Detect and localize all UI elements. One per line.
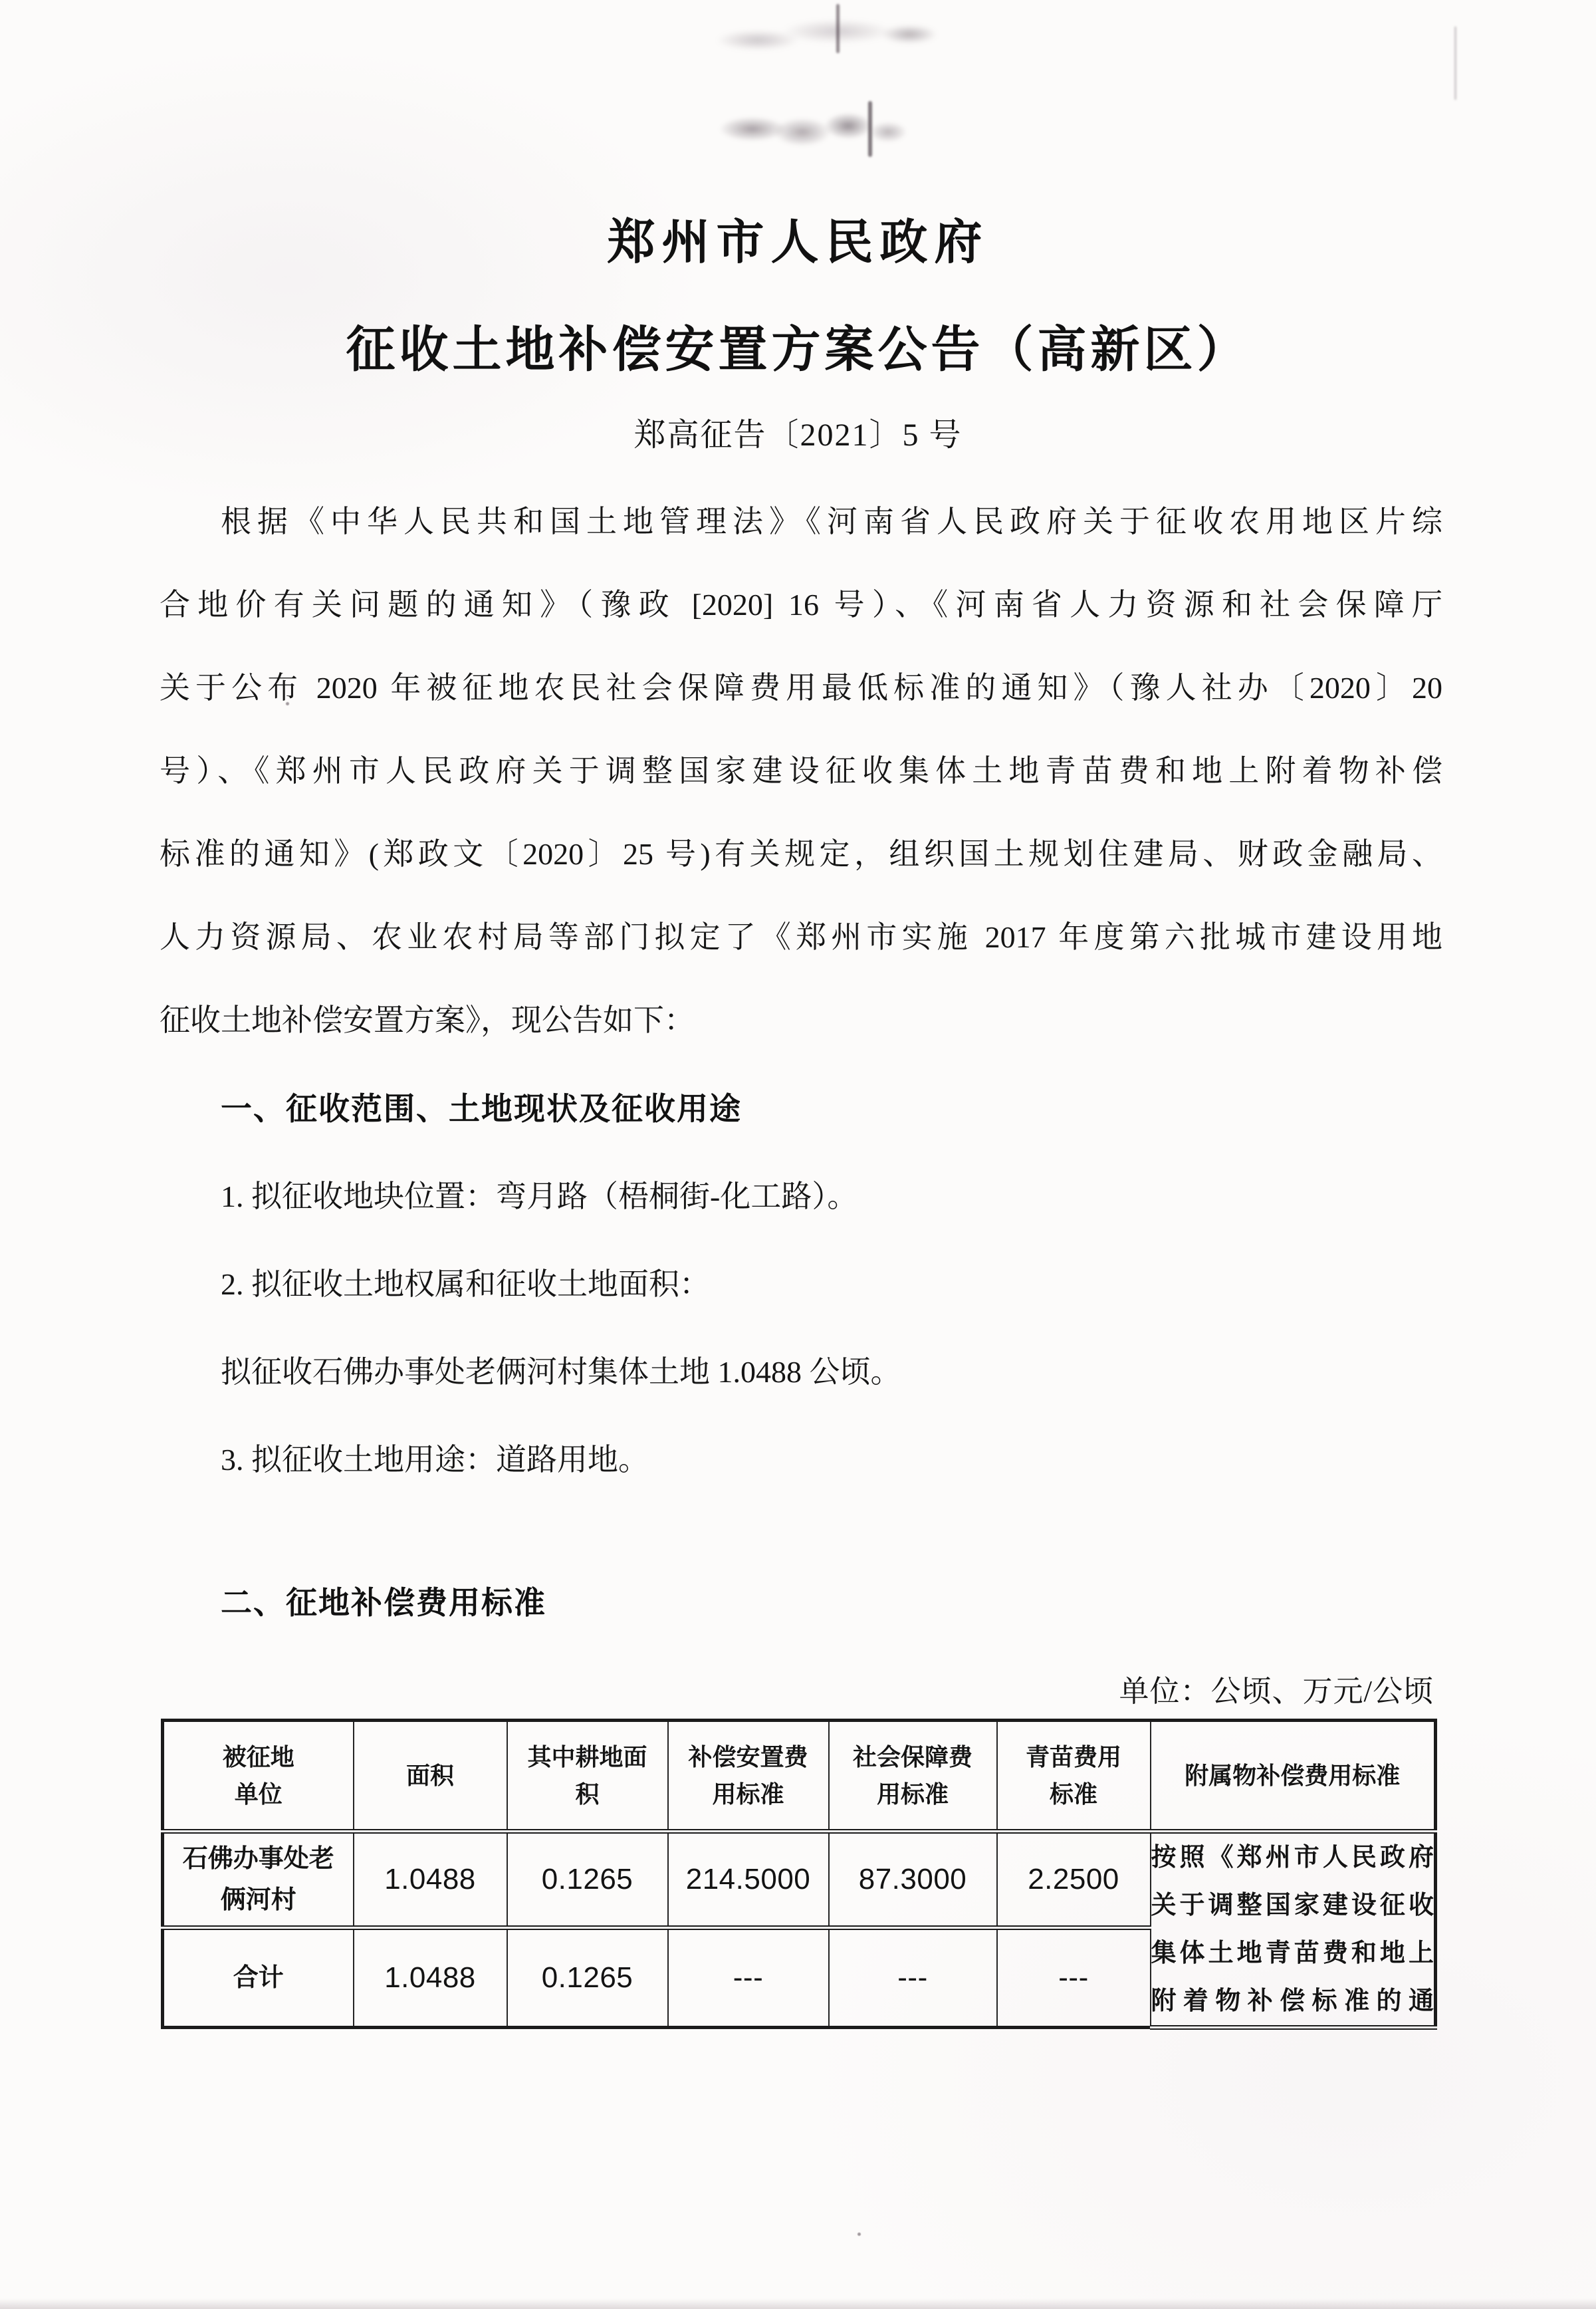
table-header-row: 被征地 单位 面积 其中耕地面 积 补偿安置费 用标准 社会保障费 用标准 — [163, 1721, 1436, 1832]
header-farmland-area: 其中耕地面 积 — [507, 1721, 668, 1832]
header-seedling-fee: 青苗费用 标准 — [997, 1721, 1151, 1832]
cell-resettlement-fee: --- — [668, 1928, 829, 2028]
section1-item1: 1. 拟征收地块位置：弯月路（梧桐街-化工路）。 — [221, 1173, 1444, 1221]
table-unit-note: 单位：公顷、万元/公顷 — [1119, 1667, 1434, 1715]
section1-item2: 2. 拟征收土地权属和征收土地面积： — [221, 1261, 1444, 1308]
cell-area: 1.0488 — [354, 1832, 507, 1928]
scan-edge-streak — [1454, 27, 1456, 100]
scan-smudge-dark — [713, 98, 912, 160]
header-attachment-fee: 附属物补偿费用标准 — [1151, 1721, 1436, 1832]
cell-farmland-area: 0.1265 — [507, 1832, 668, 1928]
scan-ink-streak — [868, 101, 872, 157]
header-unit: 被征地 单位 — [163, 1721, 354, 1832]
compensation-table: 被征地 单位 面积 其中耕地面 积 补偿安置费 用标准 社会保障费 用标准 — [161, 1719, 1437, 2030]
body-line: 标准的通知》(郑政文〔2020〕25 号)有关规定，组织国土规划住建局、财政金融… — [160, 830, 1442, 878]
cell-farmland-area: 0.1265 — [507, 1928, 668, 2028]
body-line: 合地价有关问题的通知》（豫政 [2020] 16 号）、《河南省人力资源和社会保… — [160, 581, 1442, 629]
scan-smudge-top — [691, 8, 957, 66]
body-line: 人力资源局、农业农村局等部门拟定了《郑州市实施 2017 年度第六批城市建设用地 — [160, 913, 1442, 961]
section1-item2-detail: 拟征收石佛办事处老俩河村集体土地 1.0488 公顷。 — [221, 1348, 1444, 1396]
scan-ink-streak — [836, 4, 840, 53]
cell-social-security-fee: --- — [829, 1928, 997, 2028]
cell-resettlement-fee: 214.5000 — [668, 1832, 829, 1928]
body-line: 关于公布 2020 年被征地农民社会保障费用最低标准的通知》（豫人社办〔2020… — [160, 664, 1442, 712]
cell-attachment-note: 按照《郑州市人民政府 关于调整国家建设征收 集体土地青苗费和地上 附着物补偿标准… — [1151, 1832, 1436, 2028]
scanned-document-page: 郑州市人民政府 征收土地补偿安置方案公告（高新区） 郑高征告〔2021〕5 号 … — [0, 0, 1596, 2309]
body-line: 根据《中华人民共和国土地管理法》《河南省人民政府关于征收农用地区片综 — [160, 498, 1442, 546]
page-bottom-shadow — [0, 2298, 1596, 2309]
body-line: 征收土地补偿安置方案》，现公告如下： — [160, 997, 1442, 1044]
table-row: 石佛办事处老 俩河村 1.0488 0.1265 214.5000 87.300… — [163, 1832, 1436, 1928]
cell-social-security-fee: 87.3000 — [829, 1832, 997, 1928]
document-subtitle: 征收土地补偿安置方案公告（高新区） — [0, 318, 1596, 382]
cell-seedling-fee: --- — [997, 1928, 1151, 2028]
section1-item3: 3. 拟征收土地用途：道路用地。 — [221, 1436, 1444, 1484]
section1-heading: 一、征收范围、土地现状及征收用途 — [221, 1085, 1444, 1133]
header-resettlement-fee: 补偿安置费 用标准 — [668, 1721, 829, 1832]
document-number: 郑高征告〔2021〕5 号 — [0, 407, 1596, 464]
cell-seedling-fee: 2.2500 — [997, 1832, 1151, 1928]
cell-area: 1.0488 — [354, 1928, 507, 2028]
header-area: 面积 — [354, 1721, 507, 1832]
cell-unit-total: 合计 — [163, 1928, 354, 2028]
section2-heading: 二、征地补偿费用标准 — [221, 1579, 1444, 1627]
document-title: 郑州市人民政府 — [0, 213, 1596, 273]
body-line: 号）、《郑州市人民政府关于调整国家建设征收集体土地青苗费和地上附着物补偿 — [160, 747, 1442, 795]
header-social-security-fee: 社会保障费 用标准 — [829, 1721, 997, 1832]
cell-unit: 石佛办事处老 俩河村 — [163, 1832, 354, 1928]
scan-speck — [857, 2233, 861, 2236]
